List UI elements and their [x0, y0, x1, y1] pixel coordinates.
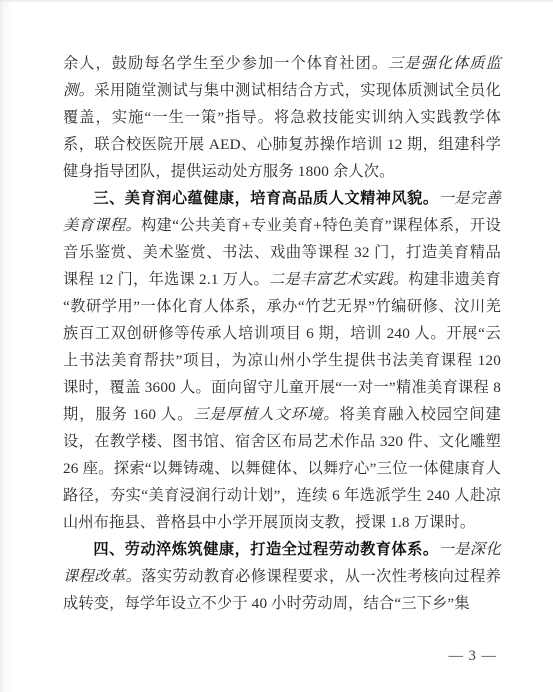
document-page: 余人，鼓励每名学生至少参加一个体育社团。三是强化体质监测。采用随堂测试与集中测试…	[0, 0, 553, 692]
body-text: 构建非遗美育“教研学用”一体化育人体系，承办“竹艺无界”竹编研修、汶川羌族百工双…	[63, 271, 501, 423]
emphasis-text: 三是厚植人文环境。	[193, 406, 339, 423]
document-body: 余人，鼓励每名学生至少参加一个体育社团。三是强化体质监测。采用随堂测试与集中测试…	[63, 50, 501, 617]
section-heading: 三、美育润心蕴健康，培育高品质人文精神风貌。	[93, 190, 438, 207]
paragraph-aesthetic-education: 三、美育润心蕴健康，培育高品质人文精神风貌。一是完善美育课程。构建“公共美育+专…	[63, 185, 501, 536]
body-text: 将美育融入校园空间建设，在教学楼、图书馆、宿舍区布局艺术作品 320 件、文化雕…	[63, 406, 501, 531]
section-heading: 四、劳动淬炼筑健康，打造全过程劳动教育体系。	[93, 541, 438, 558]
paragraph-sports-continued: 余人，鼓励每名学生至少参加一个体育社团。三是强化体质监测。采用随堂测试与集中测试…	[63, 50, 501, 185]
body-text: 余人，鼓励每名学生至少参加一个体育社团。	[63, 55, 388, 72]
page-number: — 3 —	[449, 648, 498, 665]
paragraph-labor-education: 四、劳动淬炼筑健康，打造全过程劳动教育体系。一是深化课程改革。落实劳动教育必修课…	[63, 536, 501, 617]
emphasis-text: 二是丰富艺术实践。	[269, 271, 408, 288]
body-text: 采用随堂测试与集中测试相结合方式，实现体质测试全员化覆盖，实施“一生一策”指导。…	[63, 82, 501, 180]
